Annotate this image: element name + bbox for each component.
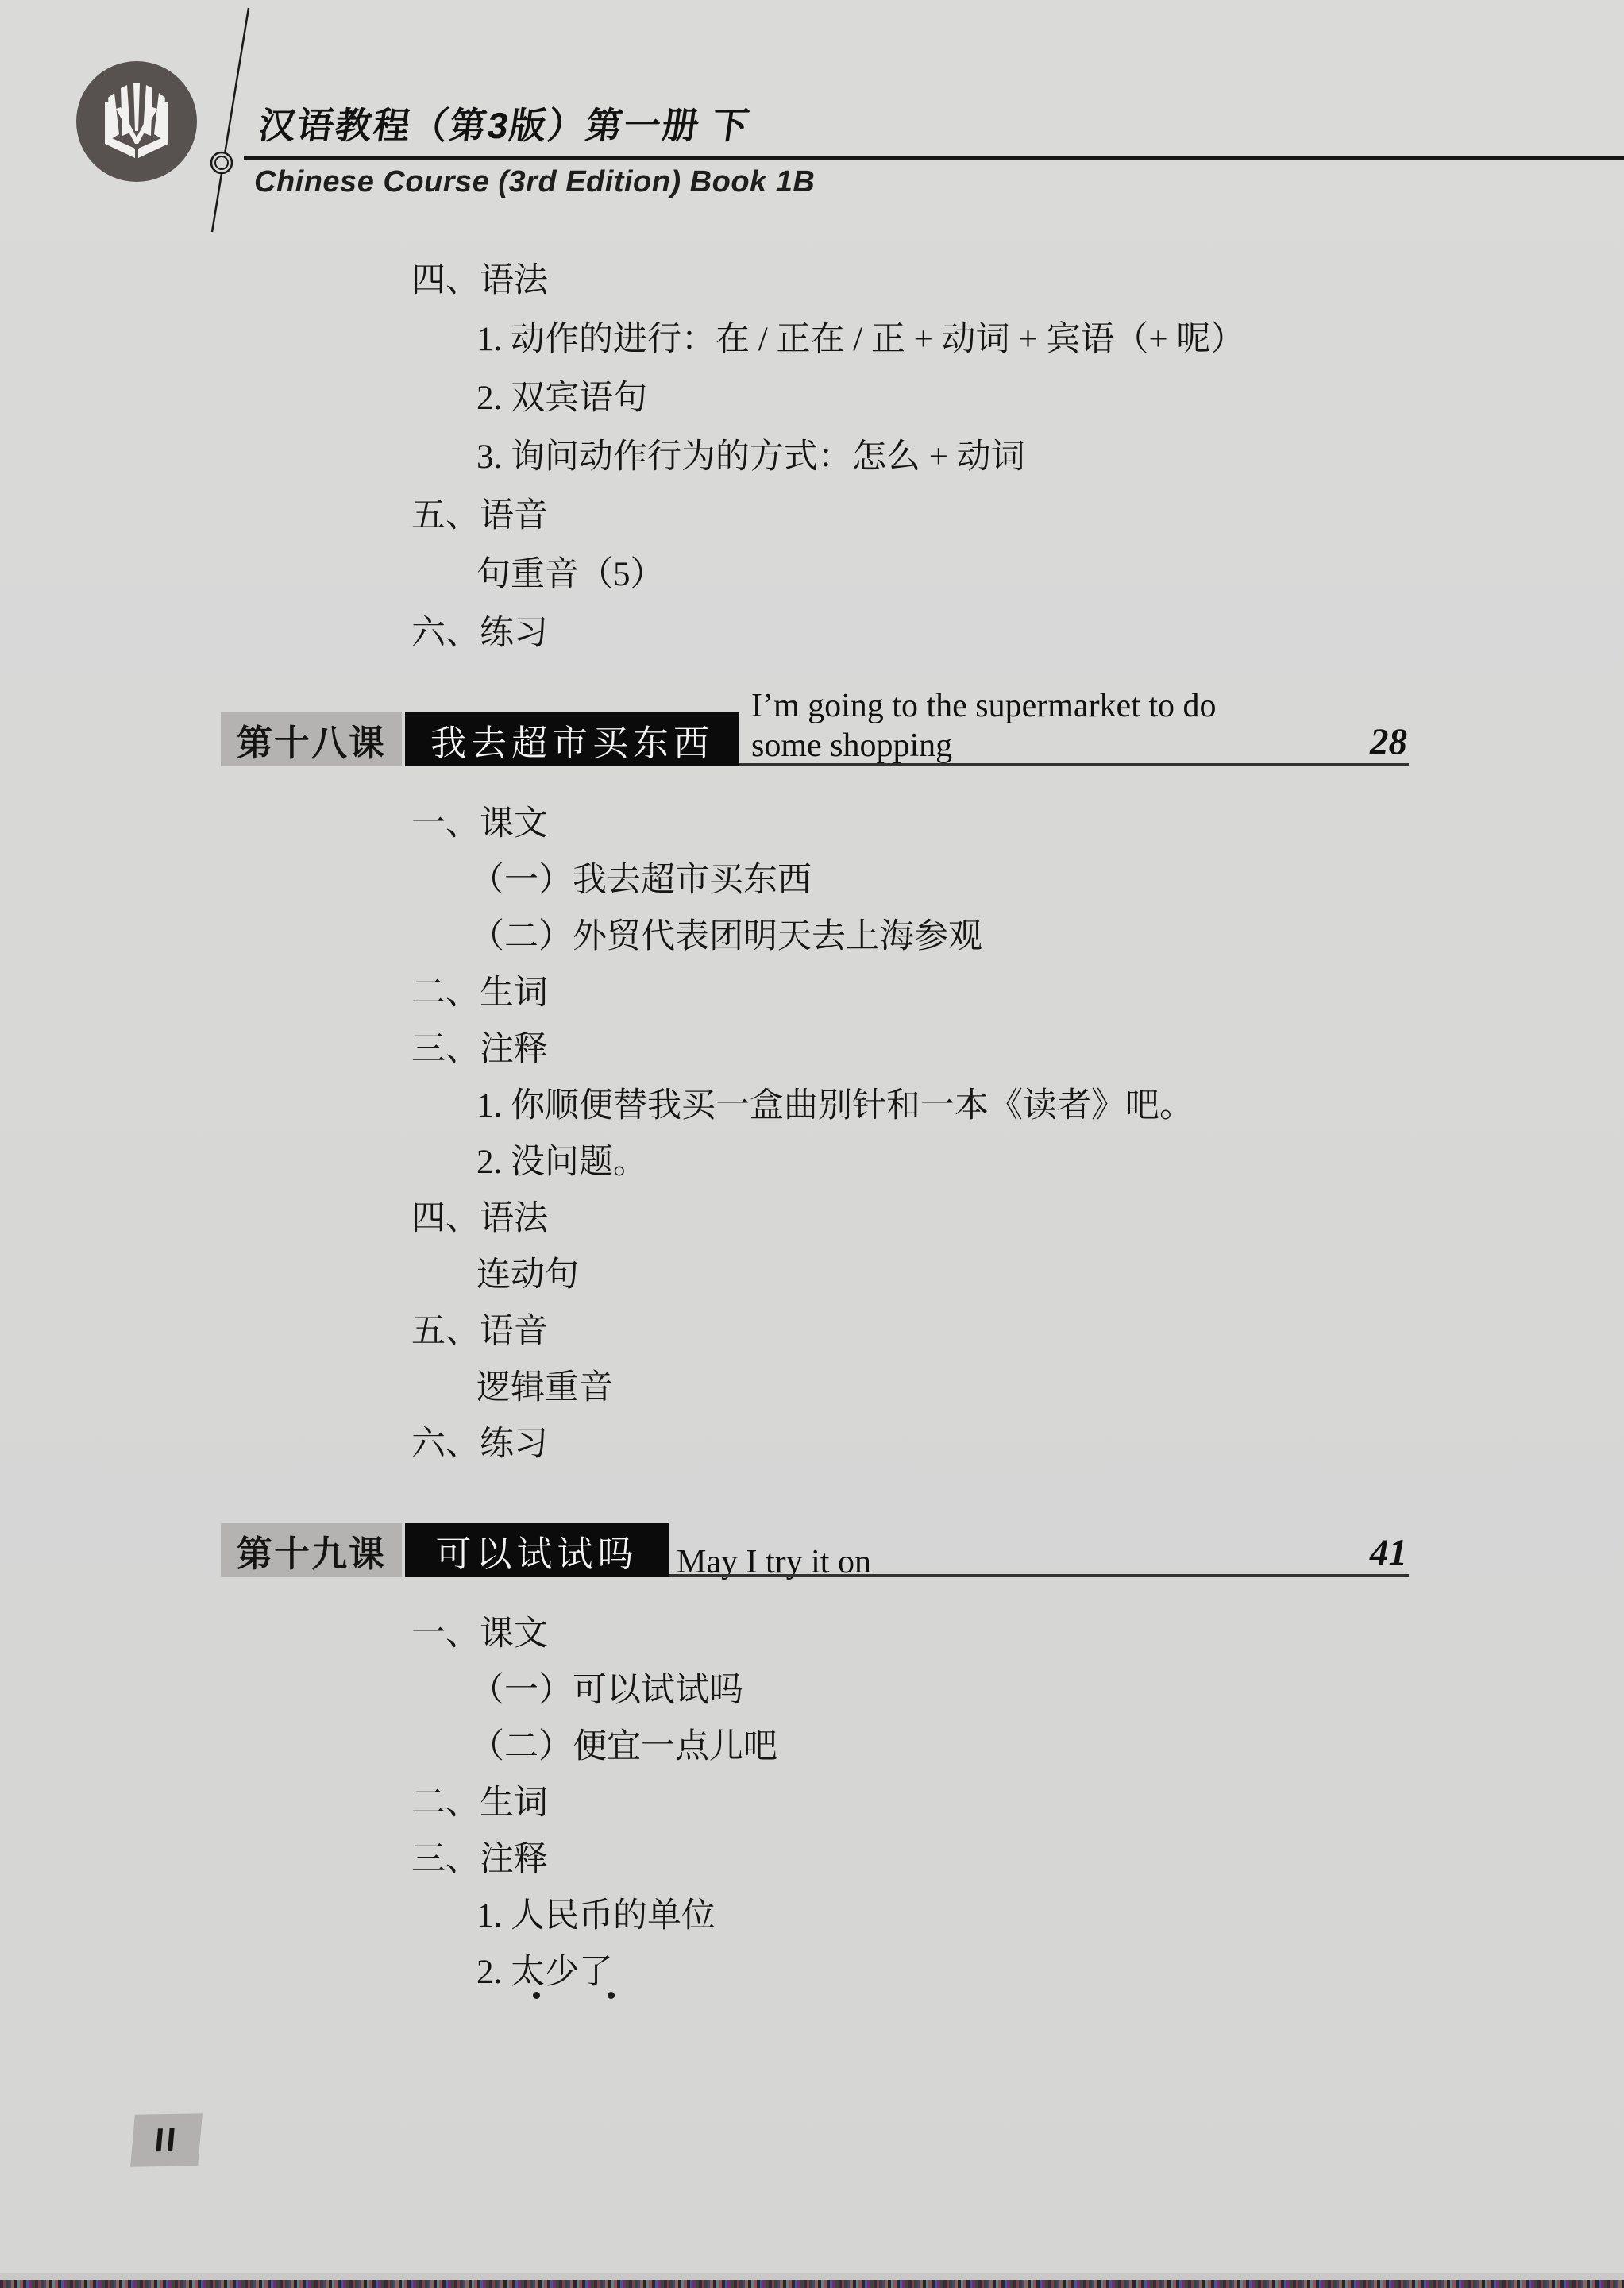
- lesson-18-heading: 第十八课 我去超市买东西 I’m going to the supermarke…: [221, 712, 1409, 766]
- toc-entry: （二）外贸代表团明天去上海参观: [0, 915, 1624, 959]
- toc-entry: （二）便宜一点儿吧: [0, 1725, 1624, 1769]
- book-title-english: Chinese Course (3rd Edition) Book 1B: [254, 165, 815, 199]
- toc-entry: 三、注释: [0, 1838, 1624, 1882]
- folio-page-number: II: [130, 2113, 203, 2166]
- lesson-page-number: 41: [1370, 1531, 1407, 1574]
- toc-entry: 2. 双宾语句: [0, 376, 1624, 421]
- toc-entry: 1. 你顺便替我买一盒曲别针和一本《读者》吧。: [0, 1084, 1624, 1129]
- publisher-book-logo-icon: [76, 61, 197, 182]
- lesson-title-english: I’m going to the supermarket to do some …: [751, 686, 1217, 766]
- toc-entry: 一、课文: [0, 802, 1624, 847]
- toc-entry: （一）我去超市买东西: [0, 858, 1624, 903]
- lesson-19-heading: 第十九课 可以试试吗 May I try it on 41: [221, 1523, 1409, 1577]
- toc-entry: 五、语音: [0, 494, 1624, 538]
- toc-entry: 2. 没问题。: [0, 1140, 1624, 1185]
- lesson-title-badge: 我去超市买东西: [405, 712, 739, 766]
- lesson-page-number: 28: [1370, 720, 1407, 763]
- toc-entry: 四、语法: [0, 259, 1624, 303]
- toc-entry: 五、语音: [0, 1310, 1624, 1354]
- toc-entry: 1. 动作的进行：在 / 正在 / 正 + 动词 + 宾语（+ 呢）: [0, 318, 1624, 362]
- lesson-title-badge: 可以试试吗: [405, 1523, 669, 1577]
- lesson-underline: [669, 1574, 1409, 1577]
- scan-noise-strip: [0, 2280, 1624, 2288]
- book-toc-page: 汉语教程（第3版）第一册 下 Chinese Course (3rd Editi…: [0, 0, 1624, 2288]
- toc-entry: 3. 询问动作行为的方式：怎么 + 动词: [0, 435, 1624, 480]
- toc-entry: 一、课文: [0, 1612, 1624, 1657]
- toc-entry: 三、注释: [0, 1028, 1624, 1072]
- toc-entry: 逻辑重音: [0, 1366, 1624, 1410]
- header-rule: [244, 156, 1624, 160]
- toc-entry: 二、生词: [0, 971, 1624, 1016]
- scan-edge-band: [0, 2273, 1624, 2280]
- emphasis-dot: [608, 1992, 615, 1999]
- lesson-number-badge: 第十八课: [221, 712, 402, 766]
- toc-entry: 2. 太少了: [0, 1950, 1624, 1995]
- toc-entry: 四、语法: [0, 1197, 1624, 1241]
- lesson-underline: [739, 763, 1409, 766]
- toc-entry: 二、生词: [0, 1781, 1624, 1826]
- toc-entry: （一）可以试试吗: [0, 1669, 1624, 1713]
- toc-entry: 连动句: [0, 1253, 1624, 1298]
- book-title-chinese: 汉语教程（第3版）第一册 下: [256, 97, 754, 149]
- emphasis-dot: [533, 1992, 540, 1999]
- toc-entry: 六、练习: [0, 1422, 1624, 1467]
- toc-entry: 六、练习: [0, 612, 1624, 656]
- lesson-number-badge: 第十九课: [221, 1523, 402, 1577]
- toc-entry: 句重音（5）: [0, 553, 1624, 597]
- toc-entry: 1. 人民币的单位: [0, 1894, 1624, 1939]
